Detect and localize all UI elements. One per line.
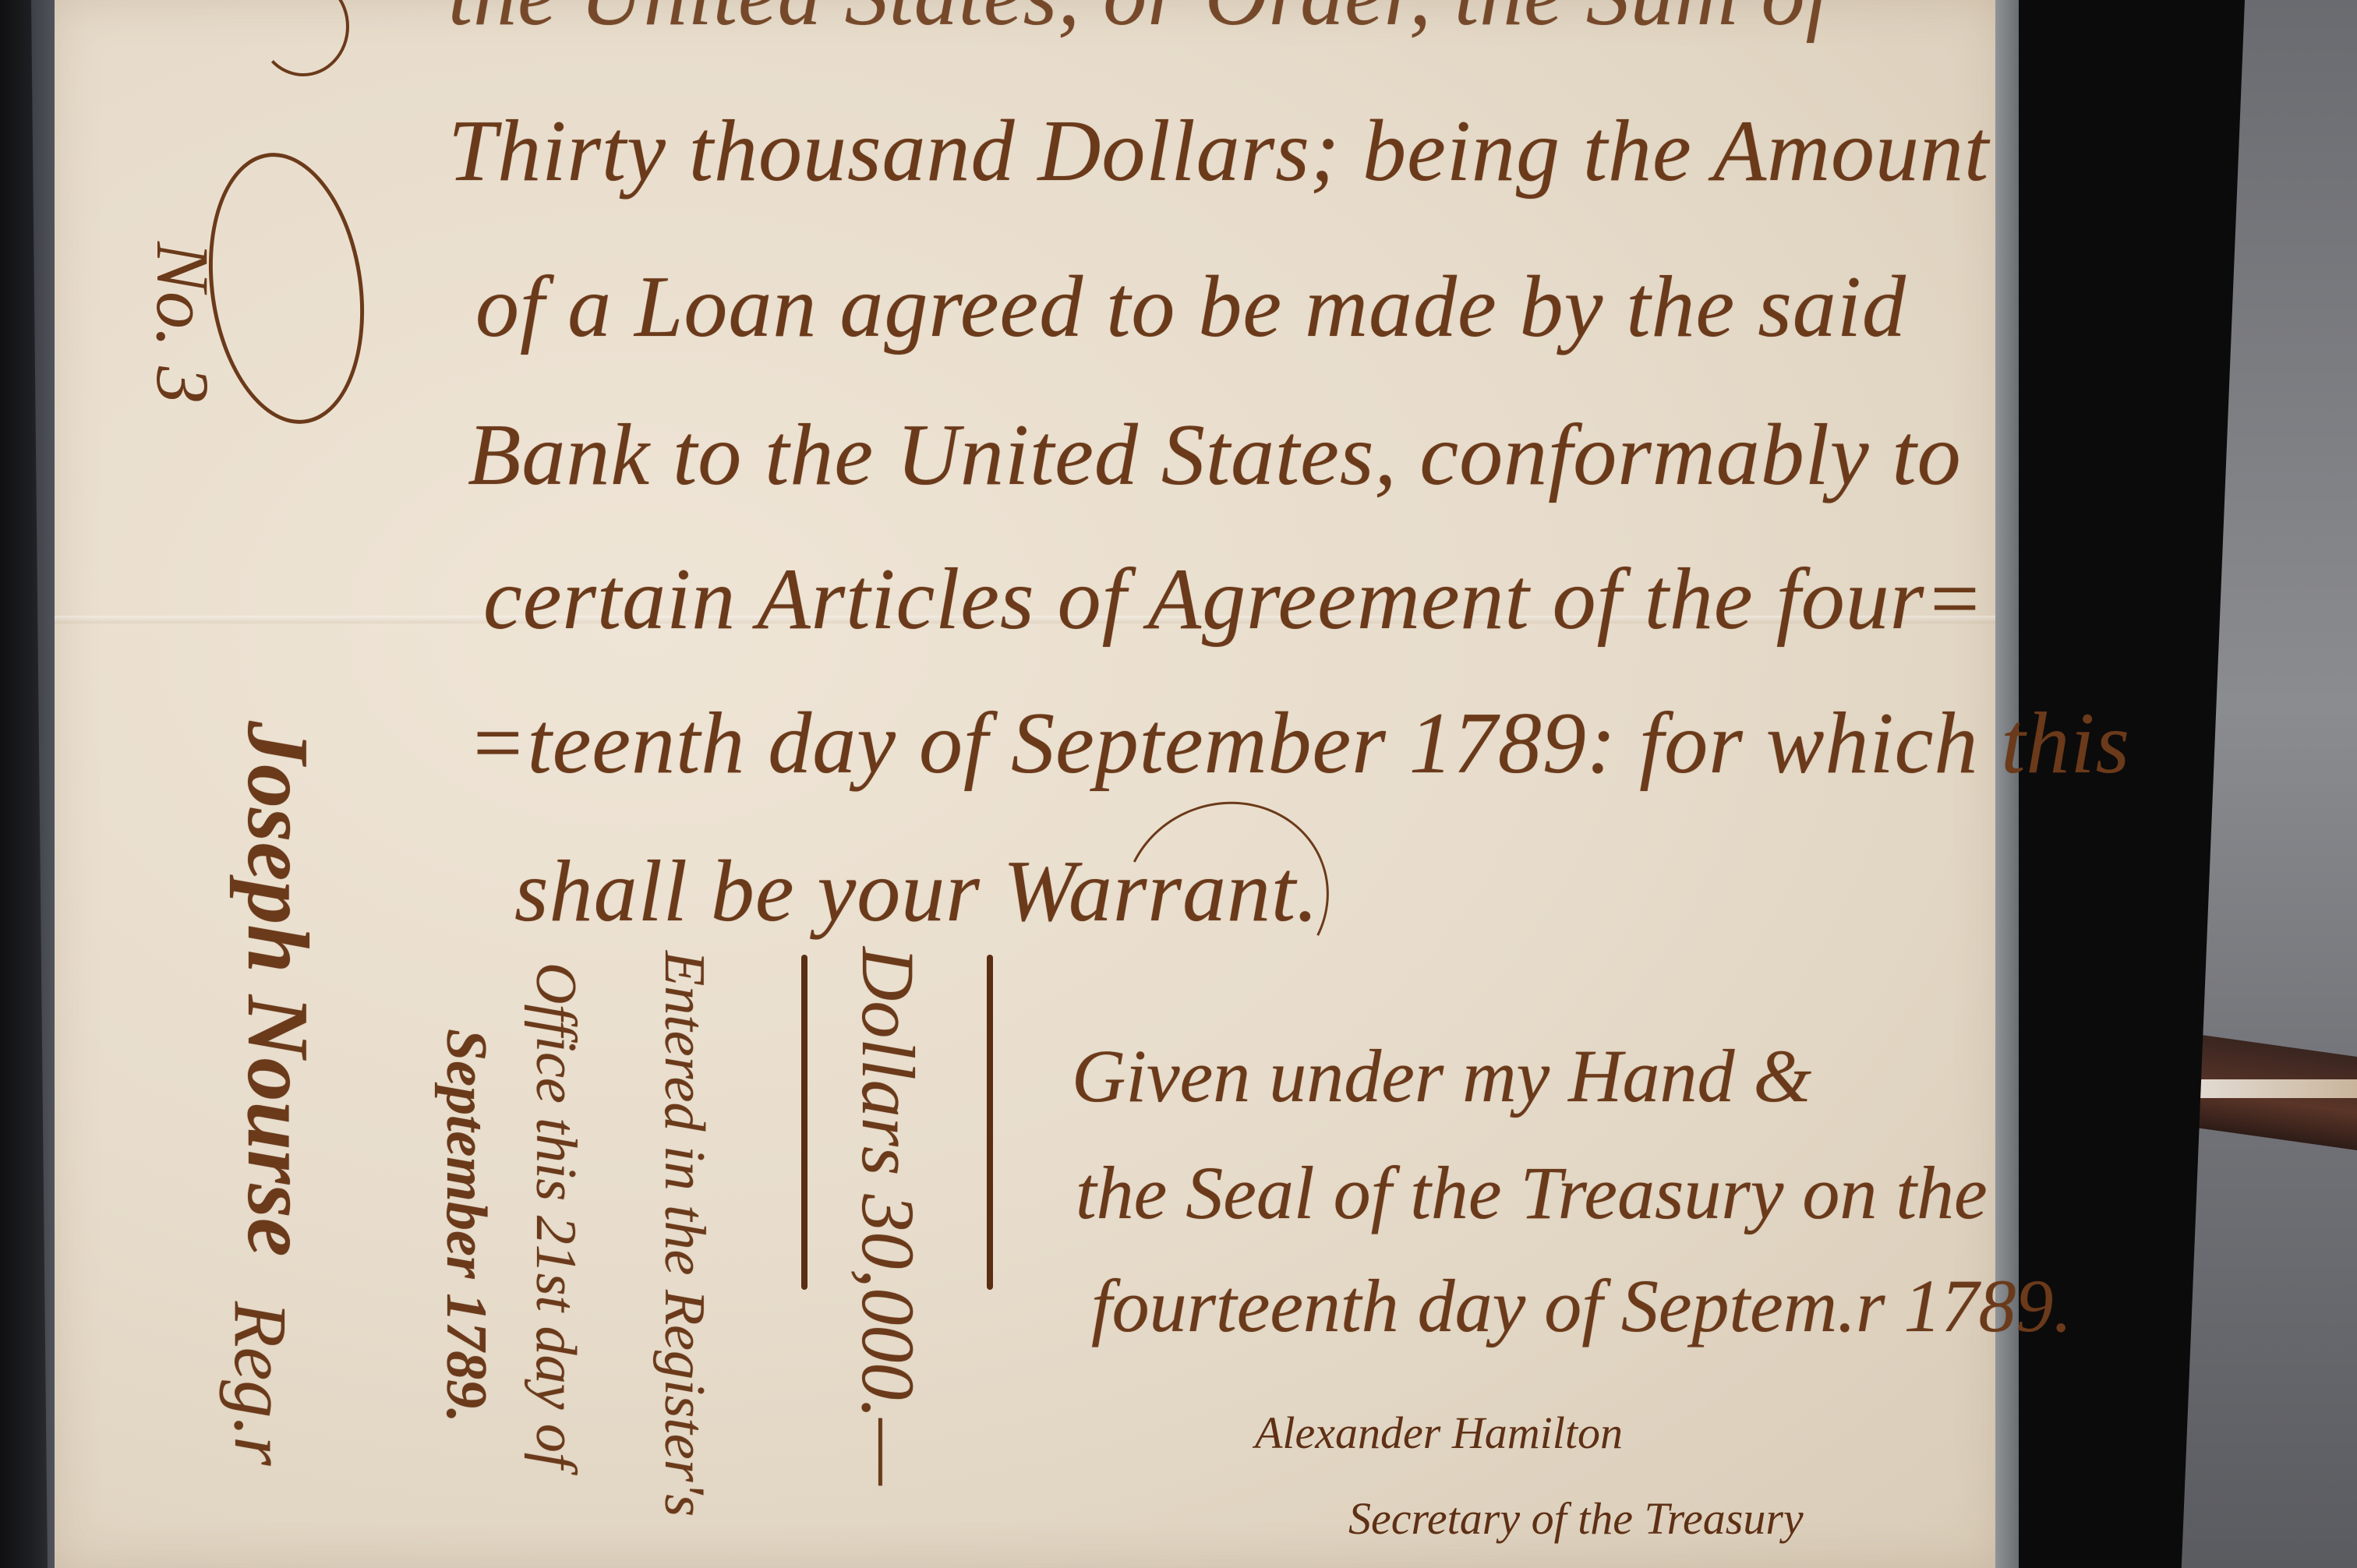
body-line-1: the United States, or Order, the Sum of bbox=[448, 0, 1831, 46]
body-line-2: Thirty thousand Dollars; being the Amoun… bbox=[448, 101, 1989, 202]
closing-line-2: the Seal of the Treasury on the bbox=[1076, 1150, 1988, 1236]
signature-title: Secretary of the Treasury bbox=[1348, 1492, 1804, 1545]
registry-note-line-1: Entered in the Register's bbox=[651, 951, 717, 1517]
registrar-title: Reg.r bbox=[217, 1301, 304, 1466]
registry-note-line-2: Office this 21st day of bbox=[522, 962, 588, 1469]
registry-note-line-3: September 1789. bbox=[433, 1029, 499, 1423]
closing-line-3: fourteenth day of Septem.r 1789. bbox=[1091, 1263, 2072, 1349]
body-line-4: Bank to the United States, conformably t… bbox=[468, 405, 1962, 506]
registrar-signature: Joseph Nourse bbox=[227, 721, 327, 1257]
margin-amount: Dollars 30,000.— bbox=[845, 947, 931, 1485]
body-line-3: of a Loan agreed to be made by the said bbox=[475, 257, 1906, 358]
amount-rule-right bbox=[987, 955, 993, 1290]
closing-line-1: Given under my Hand & bbox=[1072, 1033, 1811, 1119]
body-line-5: certain Articles of Agreement of the fou… bbox=[483, 549, 1984, 650]
warrant-number: No. 3 bbox=[140, 242, 226, 404]
signature-name: Alexander Hamilton bbox=[1255, 1407, 1623, 1459]
amount-rule-left bbox=[801, 955, 807, 1290]
body-line-6: =teenth day of September 1789: for which… bbox=[468, 694, 2130, 794]
